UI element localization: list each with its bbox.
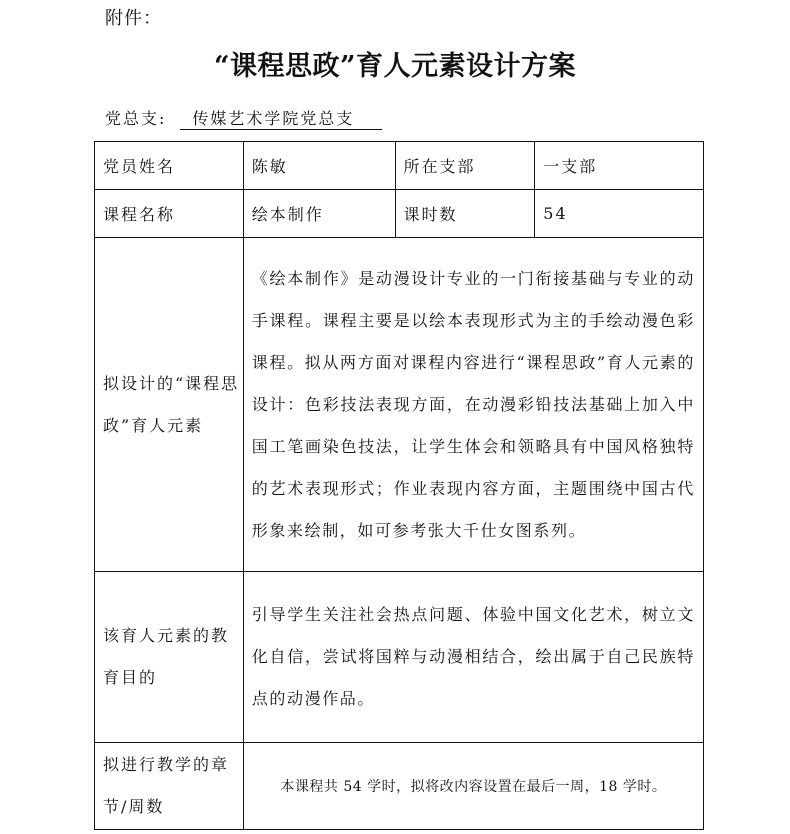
table-row: 拟进行教学的章节/周数 本课程共 54 学时，拟将改内容设置在最后一周，18 学… — [95, 743, 704, 830]
table-row: 拟设计的“课程思政”育人元素 《绘本制作》是动漫设计专业的一门衔接基础与专业的动… — [95, 238, 704, 572]
design-elements-label: 拟设计的“课程思政”育人元素 — [95, 238, 244, 572]
party-branch-value: 传媒艺术学院党总支 — [180, 106, 382, 130]
course-name-label: 课程名称 — [95, 190, 244, 238]
member-name-value: 陈敏 — [243, 142, 395, 190]
class-hours-value: 54 — [535, 190, 704, 238]
course-name-value: 绘本制作 — [243, 190, 395, 238]
attachment-label: 附件： — [105, 4, 162, 30]
member-name-label: 党员姓名 — [95, 142, 244, 190]
education-purpose-label: 该育人元素的教育目的 — [95, 572, 244, 743]
party-branch-line: 党总支:传媒艺术学院党总支 — [105, 106, 382, 130]
design-elements-content: 《绘本制作》是动漫设计专业的一门衔接基础与专业的动手课程。课程主要是以绘本表现形… — [243, 238, 703, 572]
table-row: 该育人元素的教育目的 引导学生关注社会热点问题、体验中国文化艺术，树立文化自信，… — [95, 572, 704, 743]
branch-value: 一支部 — [535, 142, 704, 190]
table-row: 课程名称 绘本制作 课时数 54 — [95, 190, 704, 238]
document-title: “课程思政”育人元素设计方案 — [0, 44, 790, 83]
branch-label: 所在支部 — [395, 142, 535, 190]
chapter-weeks-content: 本课程共 54 学时，拟将改内容设置在最后一周，18 学时。 — [243, 743, 703, 830]
party-branch-label: 党总支: — [105, 109, 166, 128]
chapter-weeks-label: 拟进行教学的章节/周数 — [95, 743, 244, 830]
class-hours-label: 课时数 — [395, 190, 535, 238]
table-row: 党员姓名 陈敏 所在支部 一支部 — [95, 142, 704, 190]
design-table: 党员姓名 陈敏 所在支部 一支部 课程名称 绘本制作 课时数 54 拟设计的“课… — [94, 141, 704, 830]
education-purpose-content: 引导学生关注社会热点问题、体验中国文化艺术，树立文化自信，尝试将国粹与动漫相结合… — [243, 572, 703, 743]
